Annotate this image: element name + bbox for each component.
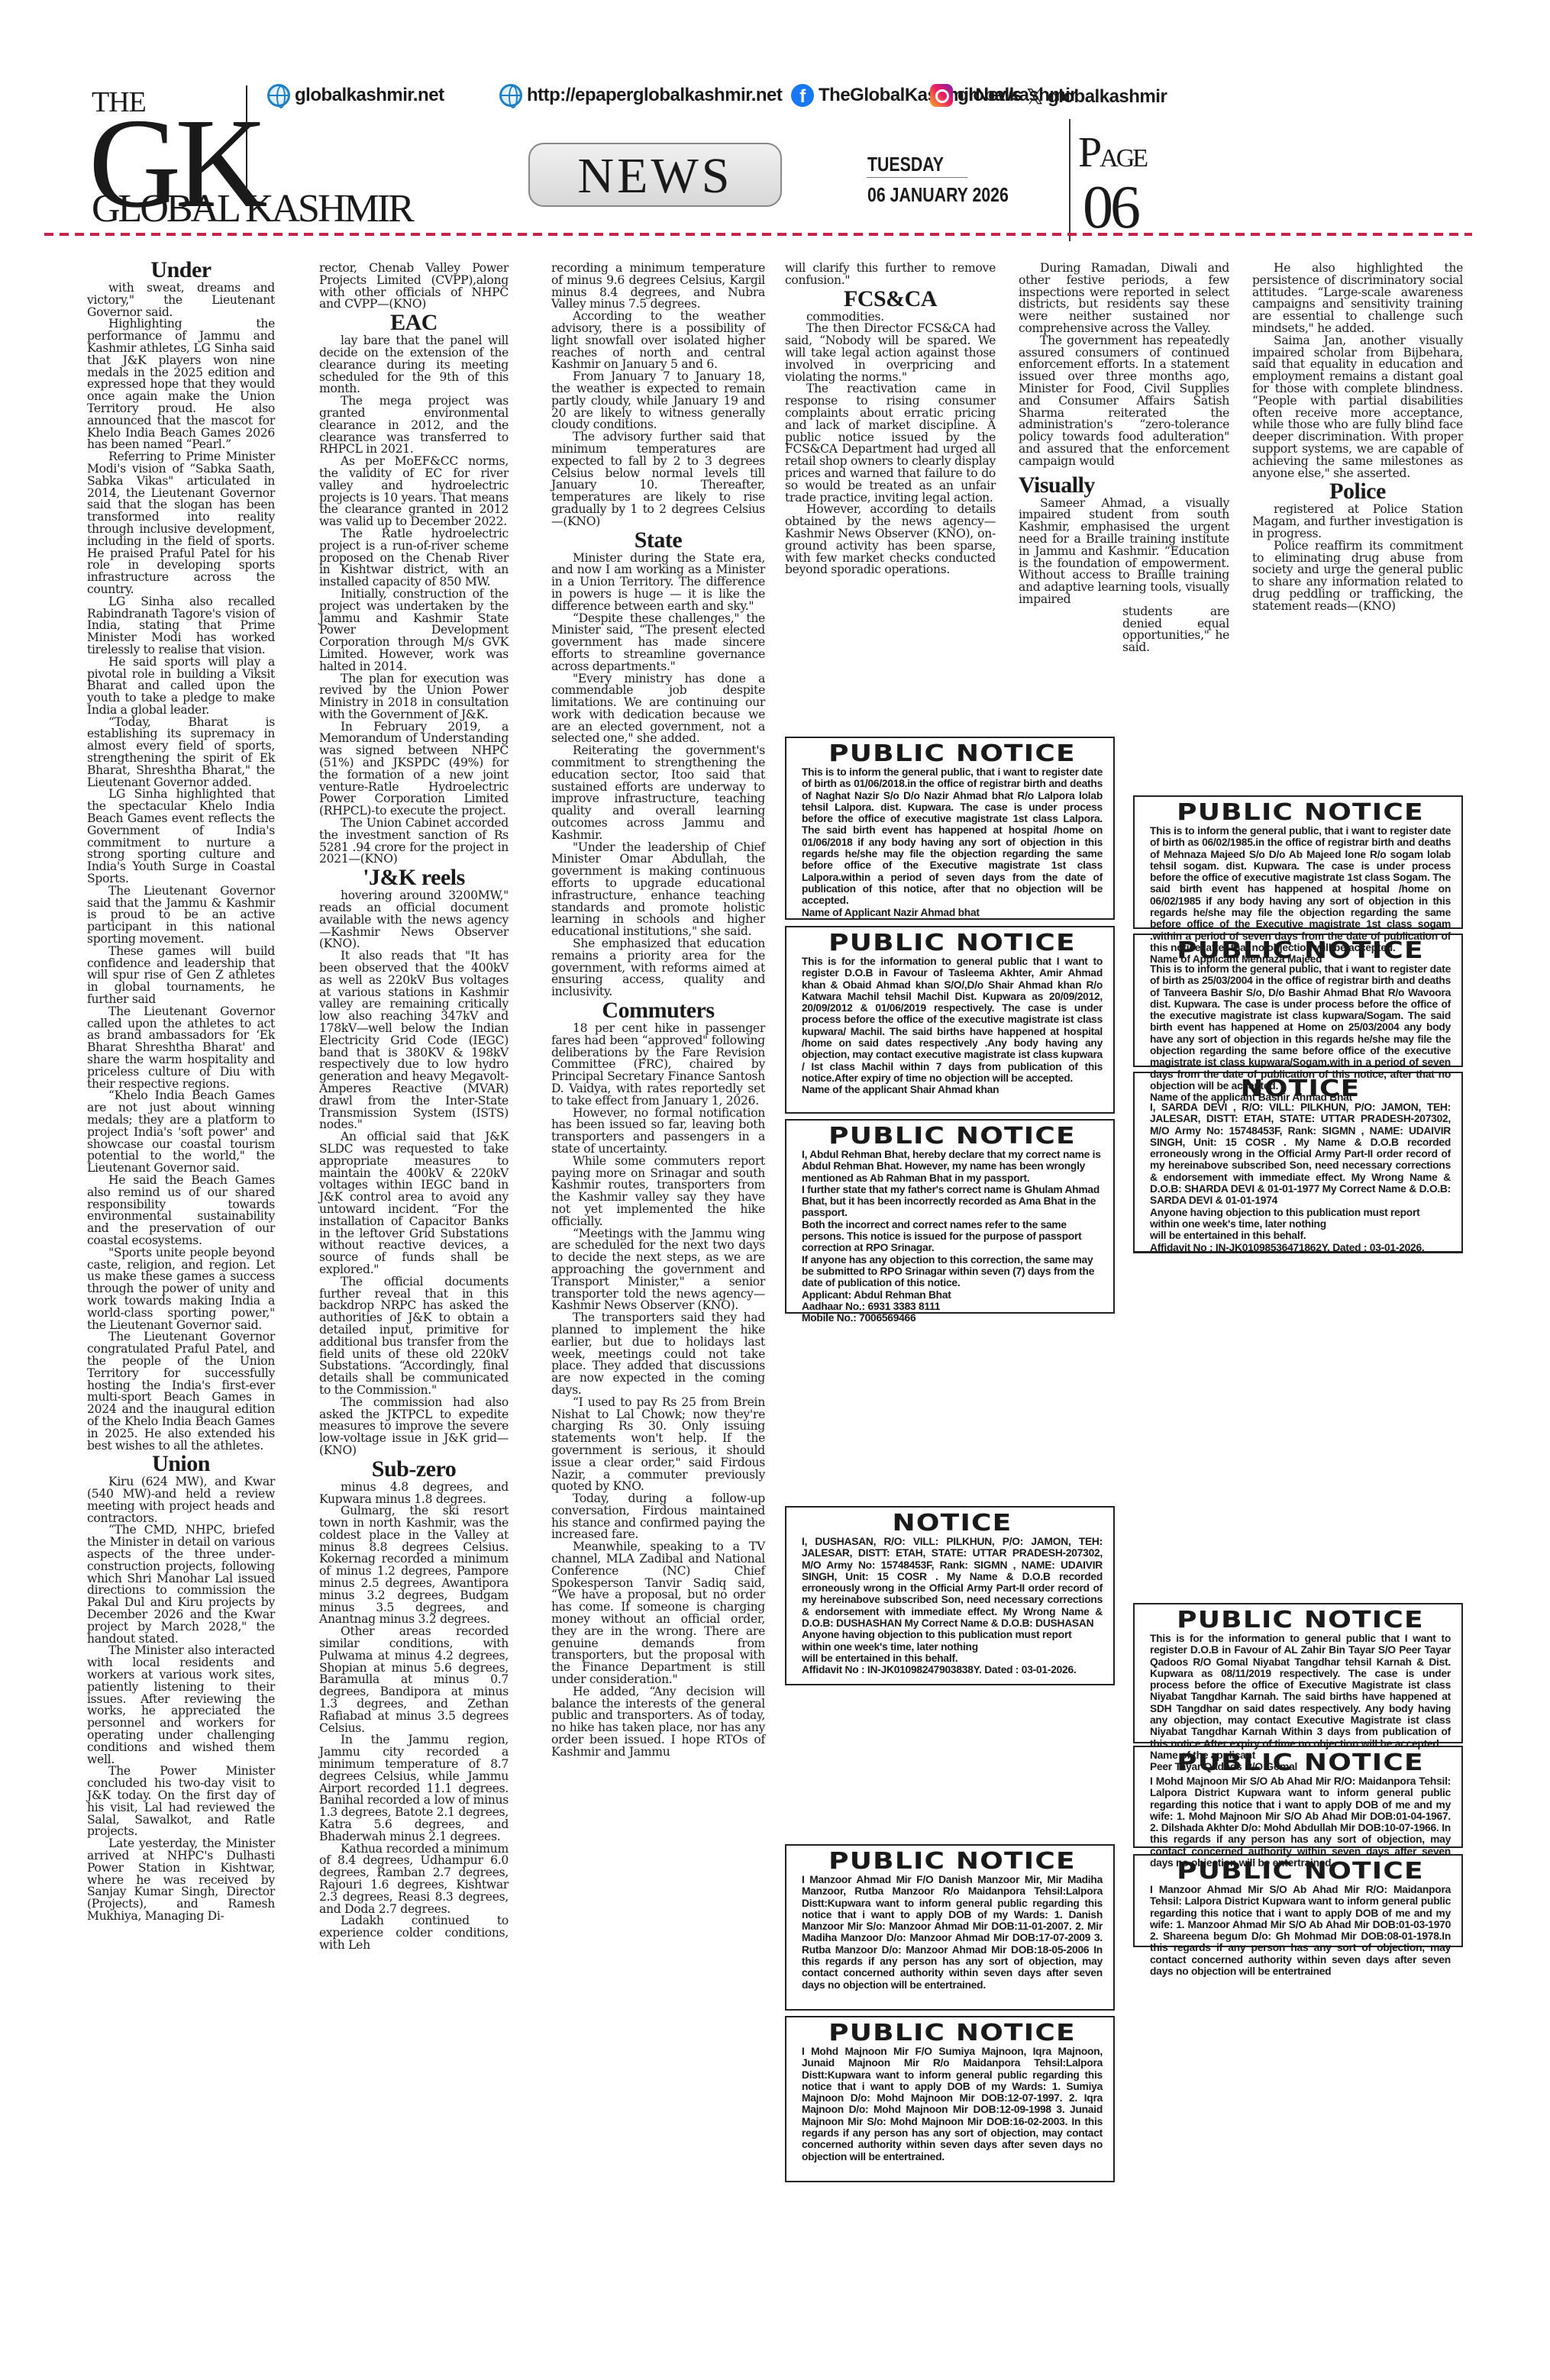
article-paragraph: The Lieutenant Governor said that the Ja…	[87, 885, 275, 946]
article-paragraph: Referring to Prime Minister Modi's visio…	[87, 451, 275, 596]
notice-applicant: Name of Applicant Nazir Ahmad bhat	[802, 907, 1103, 918]
globe-icon	[499, 84, 522, 107]
notice-body: This is for the information to general p…	[802, 956, 1103, 1084]
public-notice: PUBLIC NOTICE I Manzoor Ahmad Mir S/O Ab…	[1133, 1854, 1463, 1947]
x-label: globalkashmir	[1048, 86, 1167, 108]
public-notice: PUBLIC NOTICE This is for the informatio…	[1133, 1603, 1463, 1743]
article-paragraph: Reiterating the government's commitment …	[551, 745, 765, 841]
notice-body: will be entertained in this behalf.	[802, 1653, 1103, 1664]
article-paragraph: LG Sinha also recalled Rabindranath Tago…	[87, 596, 275, 656]
article-paragraph: “The CMD, NHPC, briefed the Minister in …	[87, 1524, 275, 1645]
article-paragraph: The commission had also asked the JKTPCL…	[319, 1397, 509, 1457]
article-paragraph: with sweat, dreams and victory," the Lie…	[87, 282, 275, 318]
notice-title: PUBLIC NOTICE	[1120, 1609, 1481, 1632]
article-column-3: recording a minimum temperature of minus…	[551, 263, 765, 1759]
article-paragraph: She emphasized that education remains a …	[551, 938, 765, 998]
notice-title: PUBLIC NOTICE	[1120, 801, 1481, 824]
instagram-icon	[930, 84, 953, 107]
article-paragraph: The mega project was granted environment…	[319, 395, 509, 456]
x-icon: 𝕏	[1026, 84, 1043, 109]
notice-body: Anyone having objection to this publicat…	[1150, 1207, 1451, 1230]
public-notice: PUBLIC NOTICE This is to inform the gene…	[1133, 934, 1463, 1067]
notice-body: If anyone has any objection to this corr…	[802, 1254, 1103, 1289]
notice-body: I further state that my father's correct…	[802, 1184, 1103, 1219]
continuation-heading-under: Under	[87, 259, 275, 282]
article-paragraph: The Power Minister concluded his two-day…	[87, 1766, 275, 1838]
article-paragraph: Kathua recorded a minimum of 8.4 degrees…	[319, 1843, 509, 1916]
continuation-heading-commuters: Commuters	[551, 999, 765, 1022]
notice-body: I, DUSHASAN, R/O: VILL: PILKHUN, P/O: JA…	[802, 1536, 1103, 1629]
notice-affidavit: Affidavit No : IN-JK01098536471862Y. Dat…	[1150, 1242, 1451, 1253]
notice-title: PUBLIC NOTICE	[1120, 1752, 1481, 1775]
public-notice: PUBLIC NOTICE This is to inform the gene…	[1133, 795, 1463, 929]
article-column-6: He also highlighted the persistence of d…	[1252, 263, 1463, 613]
article-paragraph: The reactivation came in response to ris…	[785, 383, 996, 504]
article-paragraph: According to the weather advisory, there…	[551, 311, 765, 371]
page-divider	[1069, 119, 1070, 241]
article-paragraph: While some commuters report paying more …	[551, 1156, 765, 1228]
continuation-heading-police: Police	[1252, 480, 1463, 503]
article-paragraph: Late yesterday, the Minister arrived at …	[87, 1838, 275, 1923]
date-full: 06 JANUARY 2026	[867, 183, 1009, 207]
notice-affidavit: Affidavit No : IN-JK01098247903838Y. Dat…	[802, 1664, 1103, 1675]
notice-body: I, Abdul Rehman Bhat, hereby declare tha…	[802, 1149, 1103, 1184]
date-divider	[867, 177, 967, 178]
article-paragraph: "Sports unite people beyond caste, relig…	[87, 1247, 275, 1332]
article-column-1: Under with sweat, dreams and victory," t…	[87, 258, 275, 1923]
public-notice: PUBLIC NOTICE I Mohd Majnoon Mir S/O Ab …	[1133, 1746, 1463, 1848]
article-paragraph: An official said that J&K SLDC was reque…	[319, 1131, 509, 1276]
article-paragraph: The advisory further said that minimum t…	[551, 431, 765, 527]
epaper-label: http://epaperglobalkashmir.net	[527, 85, 782, 106]
article-paragraph: These games will build confidence and le…	[87, 946, 275, 1006]
article-paragraph: He said sports will play a pivotal role …	[87, 656, 275, 717]
article-paragraph: recording a minimum temperature of minus…	[551, 263, 765, 311]
article-paragraph: Other areas recorded similar conditions,…	[319, 1626, 509, 1734]
article-paragraph: As per MoEF&CC norms, the validity of EC…	[319, 456, 509, 528]
article-paragraph: Sameer Ahmad, a visually impaired studen…	[1019, 498, 1229, 606]
article-paragraph: During Ramadan, Diwali and other festive…	[1019, 263, 1229, 335]
facebook-icon: f	[791, 84, 814, 107]
continuation-heading-union: Union	[87, 1453, 275, 1475]
notice-body: I Manzoor Ahmad Mir S/O Ab Ahad Mir R/O:…	[1150, 1884, 1451, 1977]
article-paragraph: LG Sinha highlighted that the spectacula…	[87, 788, 275, 885]
notice-body: This is for the information to general p…	[1150, 1633, 1451, 1750]
notice: NOTICE I, SARDA DEVI , R/O: VILL: PILKHU…	[1133, 1072, 1463, 1253]
continuation-heading-jk-reels: 'J&K reels	[319, 866, 509, 889]
notice-body: I Mohd Majnoon Mir F/O Sumiya Majnoon, I…	[802, 2046, 1103, 2162]
article-paragraph: The plan for execution was revived by th…	[319, 673, 509, 721]
article-paragraph: hovering around 3200MW," reads an offici…	[319, 890, 509, 950]
article-paragraph: The Minister also interacted with local …	[87, 1645, 275, 1766]
x-link[interactable]: 𝕏 globalkashmir	[1026, 84, 1167, 109]
article-paragraph: “Khelo India Beach Games are not just ab…	[87, 1090, 275, 1175]
notice-applicant: Name of the applicant Shair Ahmad khan	[802, 1084, 1103, 1095]
article-paragraph: “Despite these challenges," the Minister…	[551, 613, 765, 673]
article-paragraph: The Lieutenant Governor congratulated Pr…	[87, 1331, 275, 1452]
public-notice: PUBLIC NOTICE I Mohd Majnoon Mir F/O Sum…	[785, 2016, 1115, 2182]
article-paragraph: He said the Beach Games also remind us o…	[87, 1175, 275, 1247]
continuation-heading-eac: EAC	[319, 311, 509, 334]
continuation-heading-visually: Visually	[1019, 474, 1229, 497]
public-notice: PUBLIC NOTICE I, Abdul Rehman Bhat, here…	[785, 1119, 1115, 1314]
article-paragraph: students are denied equal opportunities,…	[1122, 606, 1229, 654]
article-column-5: During Ramadan, Diwali and other festive…	[1019, 263, 1229, 654]
article-paragraph: Gulmarg, the ski resort town in north Ka…	[319, 1505, 509, 1626]
notice-title: PUBLIC NOTICE	[1120, 1860, 1481, 1883]
notice-title: PUBLIC NOTICE	[772, 743, 1133, 766]
public-notice: PUBLIC NOTICE I Manzoor Ahmad Mir F/O Da…	[785, 1844, 1115, 2011]
article-paragraph: Kiru (624 MW), and Kwar (540 MW)-and hel…	[87, 1476, 275, 1524]
article-paragraph: In February 2019, a Memorandum of Unders…	[319, 721, 509, 818]
article-column-4: will clarify this further to remove conf…	[785, 263, 996, 576]
date-day: TUESDAY	[867, 153, 944, 176]
article-paragraph: “I used to pay Rs 25 from Brein Nishat t…	[551, 1397, 765, 1493]
notice-title: PUBLIC NOTICE	[772, 2022, 1133, 2045]
page-number: 06	[1083, 177, 1138, 238]
epaper-link[interactable]: http://epaperglobalkashmir.net	[499, 84, 782, 107]
public-notice: PUBLIC NOTICE This is to inform the gene…	[785, 737, 1115, 920]
article-paragraph: will clarify this further to remove conf…	[785, 263, 996, 287]
article-paragraph: “Today, Bharat is establishing its supre…	[87, 717, 275, 789]
notice-body: will be entertained in this behalf.	[1150, 1230, 1451, 1241]
notice-body: I, SARDA DEVI , R/O: VILL: PILKHUN, P/O:…	[1150, 1101, 1451, 1207]
notice-title: PUBLIC NOTICE	[772, 932, 1133, 955]
continuation-heading-sub-zero: Sub-zero	[319, 1458, 509, 1481]
article-paragraph: It also reads that "It has been observed…	[319, 950, 509, 1131]
notice-title: NOTICE	[772, 1512, 1133, 1535]
article-paragraph: Highlighting the performance of Jammu an…	[87, 318, 275, 451]
article-paragraph: The Lieutenant Governor called upon the …	[87, 1006, 275, 1091]
article-paragraph: registered at Police Station Magam, and …	[1252, 504, 1463, 540]
article-paragraph: He also highlighted the persistence of d…	[1252, 263, 1463, 335]
article-paragraph: From January 7 to January 18, the weathe…	[551, 371, 765, 431]
article-paragraph: Today, during a follow-up conversation, …	[551, 1493, 765, 1541]
article-paragraph: minus 4.8 degrees, and Kupwara minus 1.8…	[319, 1482, 509, 1506]
masthead: THE GK GLOBAL KASHMIR globalkashmir.net …	[0, 0, 1550, 244]
article-paragraph: “Meetings with the Jammu wing are schedu…	[551, 1228, 765, 1313]
globe-icon	[267, 84, 290, 107]
notice-body: Anyone having objection to this publicat…	[802, 1629, 1103, 1653]
page-label: PAGE	[1078, 128, 1146, 177]
continuation-heading-state: State	[551, 529, 765, 552]
notice-body: I Manzoor Ahmad Mir F/O Danish Manzoor M…	[802, 1874, 1103, 1991]
social-links: globalkashmir.net http://epaperglobalkas…	[0, 84, 1550, 118]
notice-title: PUBLIC NOTICE	[1120, 940, 1481, 963]
notice-title: PUBLIC NOTICE	[772, 1125, 1133, 1148]
website-label: globalkashmir.net	[295, 85, 444, 106]
notice-body: Both the incorrect and correct names ref…	[802, 1219, 1103, 1254]
article-paragraph: Minister during the State era, and now I…	[551, 553, 765, 613]
website-link[interactable]: globalkashmir.net	[267, 84, 444, 107]
article-paragraph: Meanwhile, speaking to a TV channel, MLA…	[551, 1541, 765, 1686]
article-paragraph: However, no formal notification has been…	[551, 1108, 765, 1156]
article-paragraph: He added, “Any decision will balance the…	[551, 1686, 765, 1759]
continuation-heading-fcsca: FCS&CA	[785, 288, 996, 311]
article-paragraph: In the Jammu region, Jammu city recorded…	[319, 1734, 509, 1843]
public-notice: PUBLIC NOTICE This is for the informatio…	[785, 926, 1115, 1114]
notice-mobile: Mobile No.: 7006569466	[802, 1312, 1103, 1324]
article-paragraph: lay bare that the panel will decide on t…	[319, 335, 509, 395]
article-paragraph: Police reaffirm its commitment to elimin…	[1252, 540, 1463, 613]
article-paragraph: The Union Cabinet accorded the investmen…	[319, 818, 509, 866]
article-paragraph: The transporters said they had planned t…	[551, 1312, 765, 1397]
header-dashed-rule	[44, 233, 1472, 236]
article-paragraph: rector, Chenab Valley Power Projects Lim…	[319, 263, 509, 311]
notice-applicant: Applicant: Abdul Rehman Bhat	[802, 1289, 1103, 1301]
logo-name: GLOBAL KASHMIR	[92, 189, 412, 229]
article-paragraph: "Under the leadership of Chief Minister …	[551, 842, 765, 938]
article-paragraph: The official documents further reveal th…	[319, 1276, 509, 1397]
article-paragraph: However, according to details obtained b…	[785, 504, 996, 576]
article-paragraph: Ladakh continued to experience colder co…	[319, 1915, 509, 1951]
notice-title: NOTICE	[1120, 1078, 1481, 1101]
notice: NOTICE I, DUSHASAN, R/O: VILL: PILKHUN, …	[785, 1506, 1115, 1685]
article-paragraph: The then Director FCS&CA had said, “Nobo…	[785, 323, 996, 383]
section-badge: NEWS	[528, 143, 782, 207]
notice-title: PUBLIC NOTICE	[772, 1850, 1133, 1873]
article-paragraph: Saima Jan, another visually impaired sch…	[1252, 335, 1463, 480]
article-column-2: rector, Chenab Valley Power Projects Lim…	[319, 263, 509, 1952]
article-paragraph: The government has repeatedly assured co…	[1019, 335, 1229, 468]
notice-aadhaar: Aadhaar No.: 6931 3383 8111	[802, 1301, 1103, 1312]
article-paragraph: "Every ministry has done a commendable j…	[551, 673, 765, 746]
article-paragraph: The Ratle hydroelectric project is a run…	[319, 528, 509, 589]
article-paragraph: Initially, construction of the project w…	[319, 589, 509, 673]
article-paragraph: 18 per cent hike in passenger fares had …	[551, 1023, 765, 1108]
notice-body: This is to inform the general public, th…	[802, 766, 1103, 907]
